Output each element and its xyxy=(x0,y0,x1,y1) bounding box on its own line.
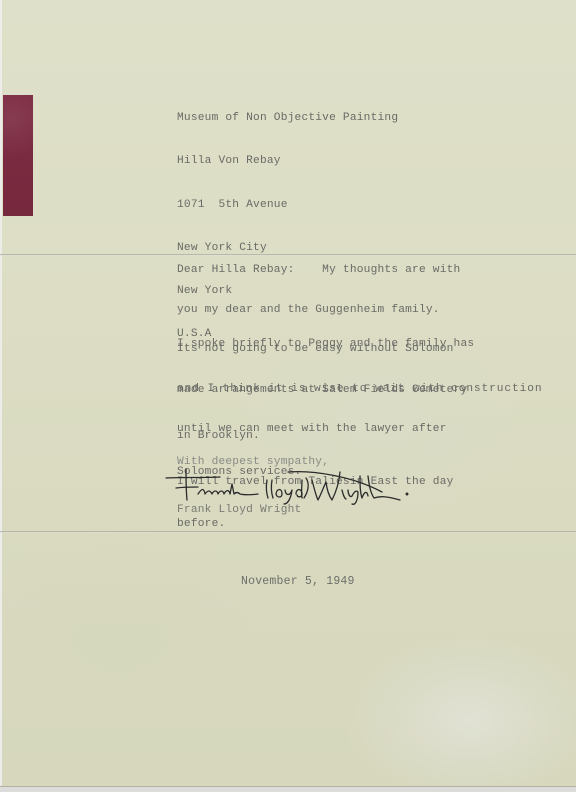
letter-date: November 5, 1949 xyxy=(241,575,355,589)
address-line-institution: Museum of Non Objective Painting xyxy=(177,111,398,126)
body-line: I spoke briefly to Peggy and the family … xyxy=(177,337,474,355)
address-line-name: Hilla Von Rebay xyxy=(177,154,398,169)
letter-paper: Museum of Non Objective Painting Hilla V… xyxy=(0,0,576,786)
body-line: made arrangements at Salem Fields Cemete… xyxy=(177,383,474,401)
second-paragraph: I spoke briefly to Peggy and the family … xyxy=(177,309,474,563)
handwritten-signature xyxy=(162,466,412,506)
address-line-street: 1071 5th Avenue xyxy=(177,198,398,213)
typed-signature-name: Frank Lloyd Wright xyxy=(177,503,301,517)
paper-edge xyxy=(0,0,2,786)
body-line: Dear Hilla Rebay: My thoughts are with xyxy=(177,264,542,276)
maroon-tab-marker xyxy=(3,95,33,216)
body-line: in Brooklyn. xyxy=(177,429,474,447)
body-line: before. xyxy=(177,517,474,535)
scan-bottom-border xyxy=(0,786,576,792)
